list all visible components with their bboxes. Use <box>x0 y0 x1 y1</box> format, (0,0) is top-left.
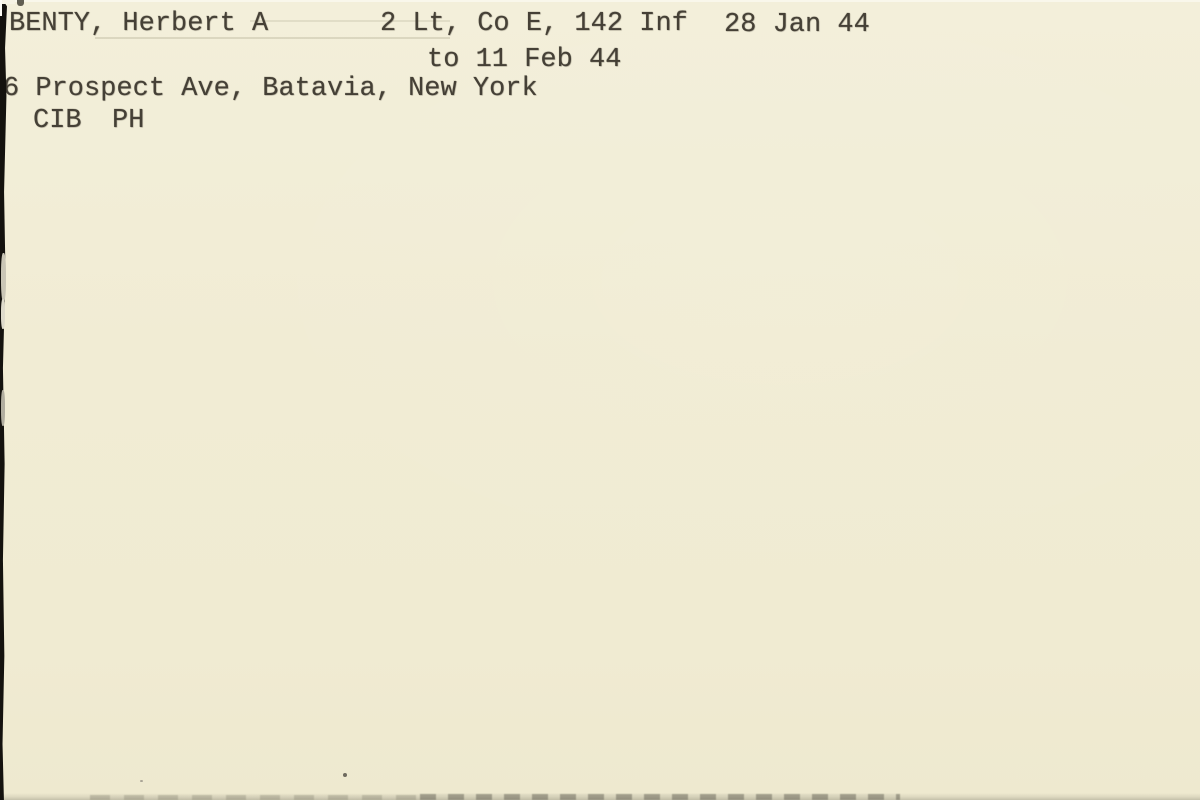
rank-and-unit: 2 Lt, Co E, 142 Inf <box>380 11 688 38</box>
paper-tear-fleck <box>1 390 5 426</box>
index-card: BENTY, Herbert A 2 Lt, Co E, 142 Inf 28 … <box>0 0 1200 800</box>
paper-tear-fleck <box>1 299 5 329</box>
service-date-from: 28 Jan 44 <box>724 12 870 39</box>
card-bottom-edge-marks <box>420 794 900 800</box>
scan-backing-sliver <box>0 0 2 16</box>
soldier-name: BENTY, Herbert A <box>9 11 268 38</box>
card-bottom-edge-marks <box>90 795 420 800</box>
paper-notch <box>17 0 24 6</box>
service-date-to: to 11 Feb 44 <box>427 47 621 74</box>
paper-tear-fleck <box>1 253 6 301</box>
ink-speck <box>343 773 347 777</box>
home-address: 6 Prospect Ave, Batavia, New York <box>3 76 538 103</box>
ink-speck <box>140 780 143 782</box>
award-ph: PH <box>112 108 144 135</box>
award-cib: CIB <box>33 108 82 135</box>
card-top-edge-highlight <box>0 0 1200 2</box>
card-corner-highlight <box>0 0 15 4</box>
